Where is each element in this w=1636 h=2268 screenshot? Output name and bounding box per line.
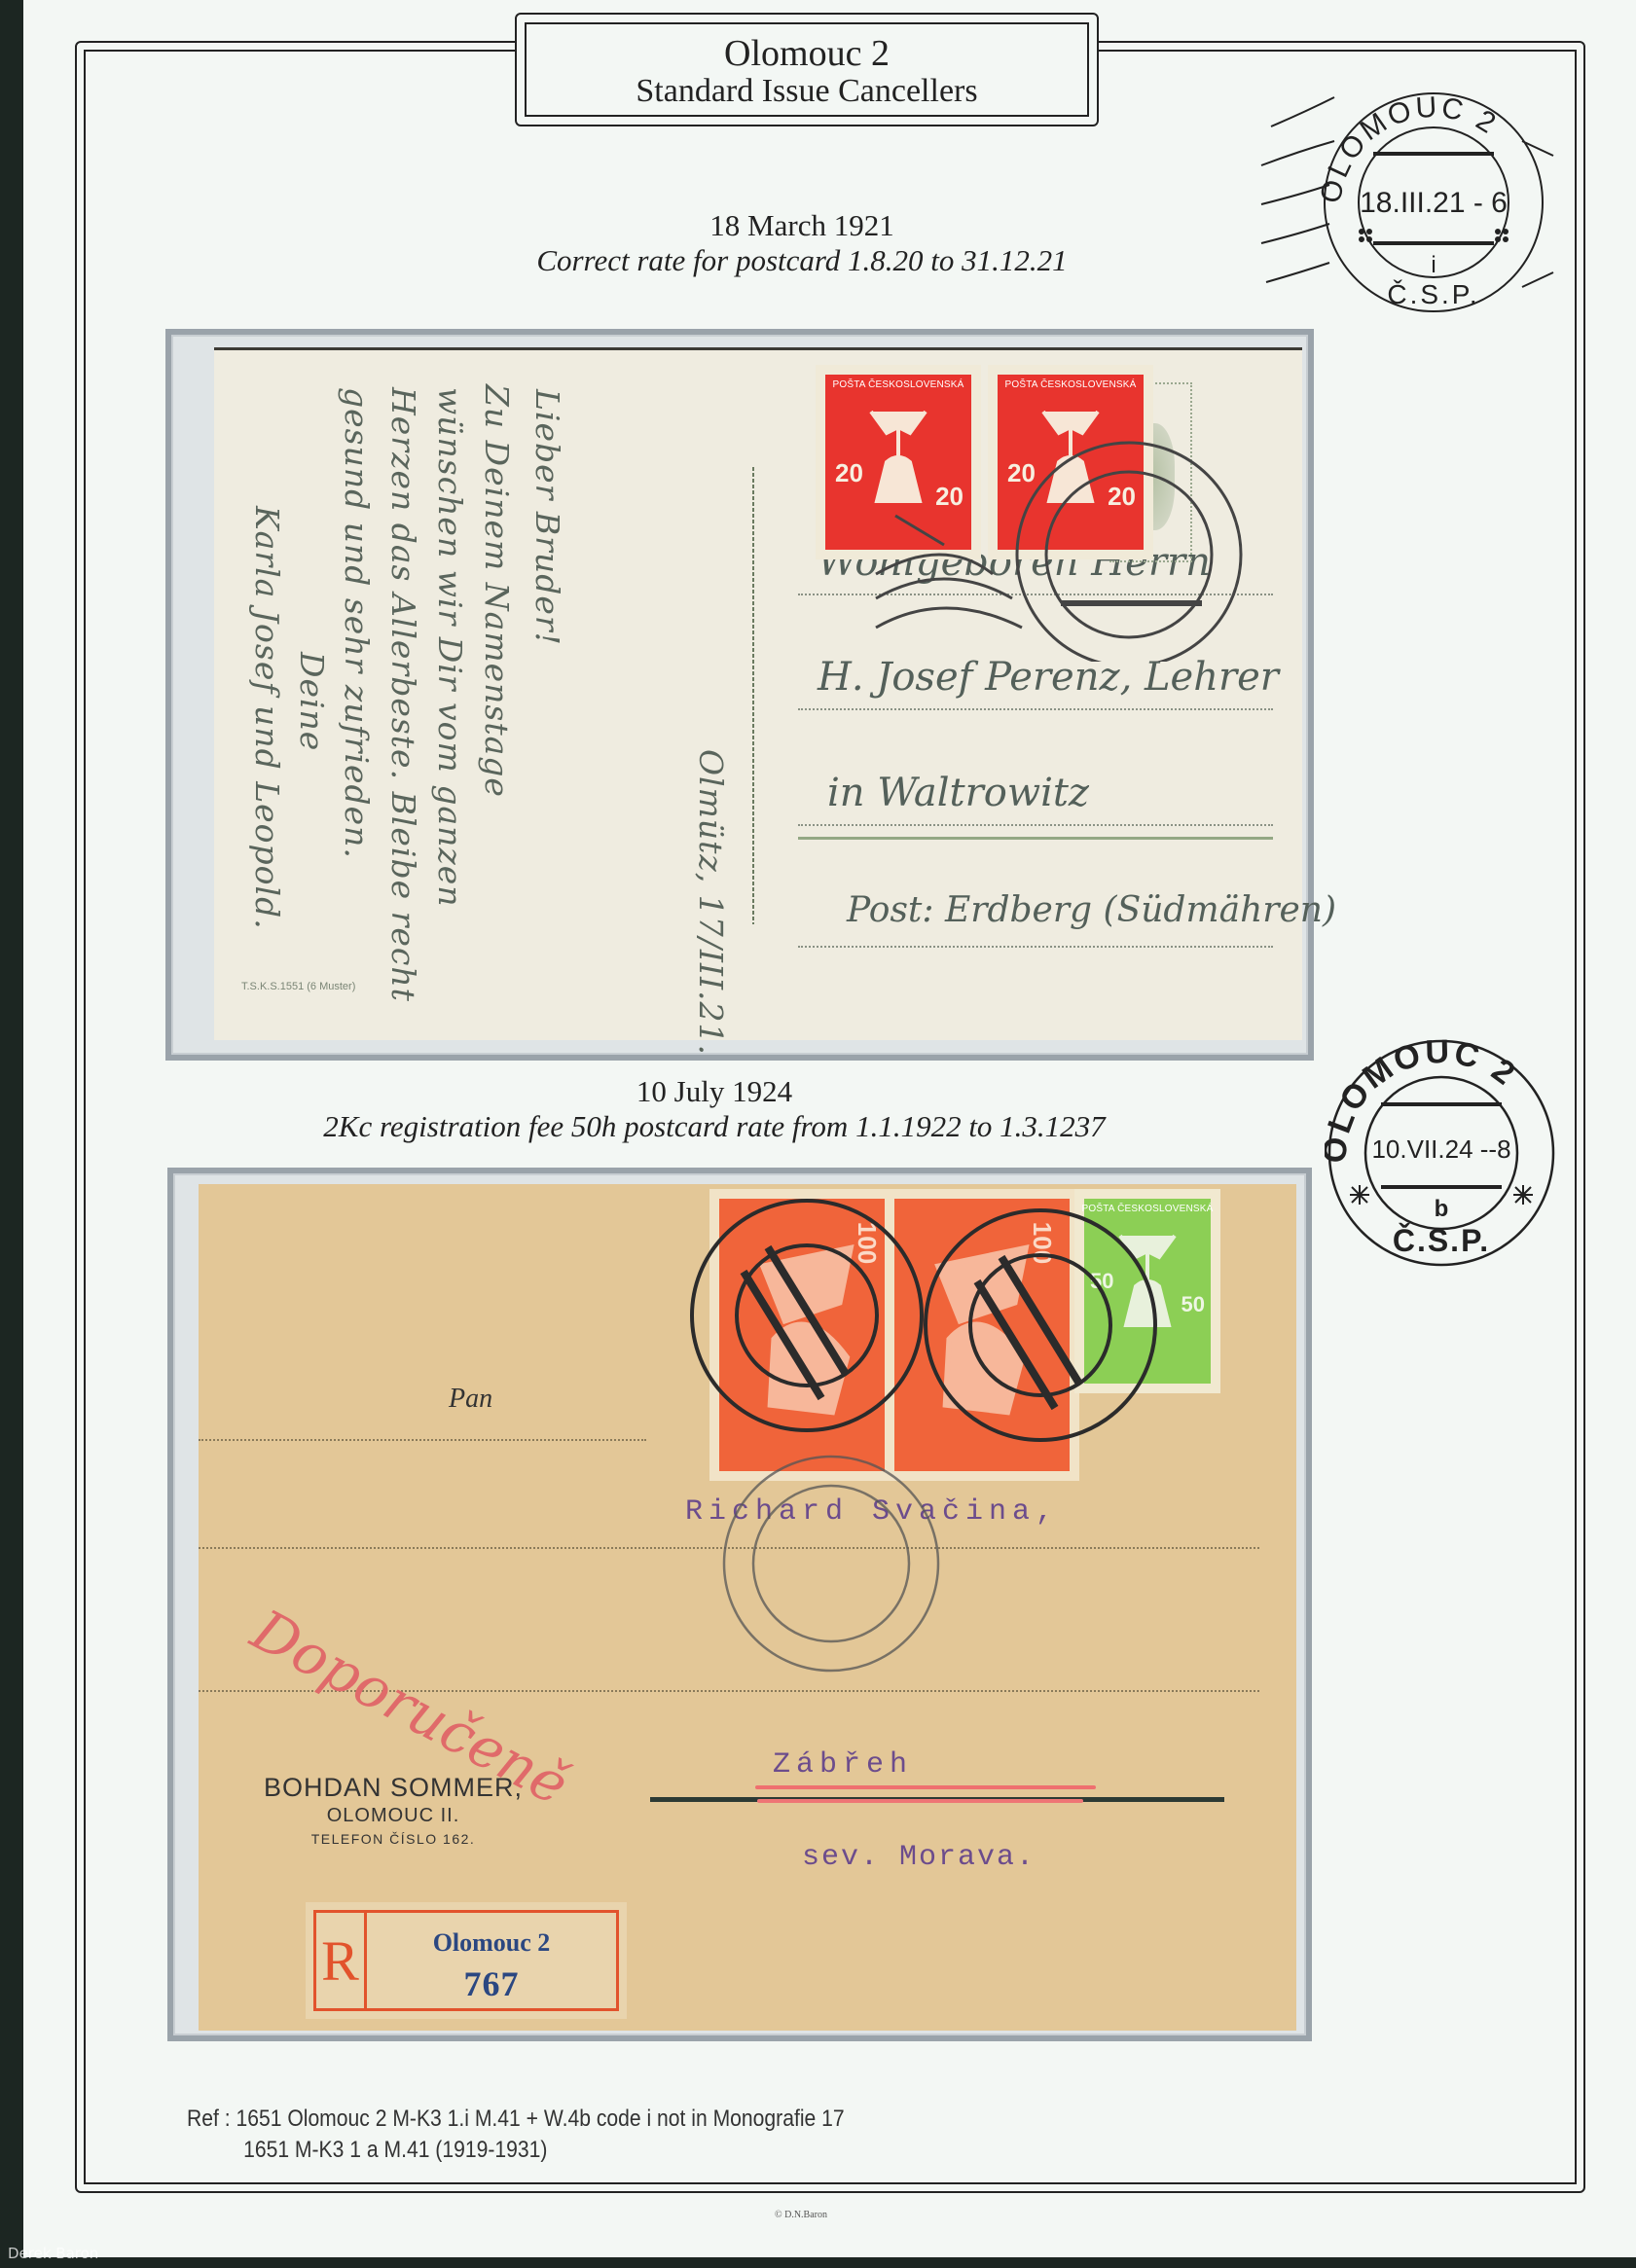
address-line-3: in Waltrowitz xyxy=(827,771,1089,815)
card-divider xyxy=(752,467,754,924)
postmark-1-bottom-text: Č.S.P. xyxy=(1387,279,1479,309)
addressee-town: Zábřeh xyxy=(773,1748,913,1782)
card-1-cancellation xyxy=(837,409,1246,662)
place-date: Olmütz, 17/III.21. xyxy=(692,749,730,1056)
red-underline-1 xyxy=(755,1785,1096,1789)
printer-mark: T.S.K.S.1551 (6 Muster) xyxy=(241,981,355,992)
registered-postcard-1924: Pan Richard Svačina, Zábřeh sev. Morava.… xyxy=(199,1184,1296,2031)
sender-name: BOHDAN SOMMER, xyxy=(228,1773,559,1803)
page-title: Olomouc 2 xyxy=(527,34,1087,73)
message-line-7: Karla Josef und Leopold. xyxy=(248,506,286,930)
registration-label: R Olomouc 2 767 xyxy=(306,1902,627,2019)
message-line-3: wünschen wir Dir vom ganzen xyxy=(431,387,469,908)
caption-1921: 18 March 1921 Correct rate for postcard … xyxy=(267,208,1337,278)
message-line-2: Zu Deinem Namenstage xyxy=(478,384,516,798)
card-2-cancellations xyxy=(675,1184,1298,1729)
sender-phone: TELEFON ČÍSLO 162. xyxy=(228,1831,559,1847)
postmark-2-code: b xyxy=(1435,1196,1449,1222)
album-page: Olomouc 2 Standard Issue Cancellers OLOM… xyxy=(23,0,1636,2257)
registration-office: Olomouc 2 xyxy=(367,1928,616,1958)
caption-1924-date: 10 July 1924 xyxy=(179,1074,1250,1109)
reference-notes: Ref : 1651 Olomouc 2 M-K3 1.i M.41 + W.4… xyxy=(187,2104,845,2166)
message-line-5: gesund und sehr zufrieden. xyxy=(338,387,376,859)
postcard-1921: Lieber Bruder! Zu Deinem Namenstage wüns… xyxy=(214,347,1302,1040)
caption-1924-note: 2Kc registration fee 50h postcard rate f… xyxy=(179,1109,1250,1144)
postmark-1924-illustration: OLOMOUC 2 10.VII.24 --8 b Č.S.P. xyxy=(1325,1031,1558,1275)
title-box: Olomouc 2 Standard Issue Cancellers xyxy=(515,13,1099,126)
reference-line-2: 1651 M-K3 1 a M.41 (1919-1931) xyxy=(187,2135,845,2166)
pan-label: Pan xyxy=(449,1384,492,1415)
addressee-region: sev. Morava. xyxy=(802,1841,1036,1874)
copyright-notice: © D.N.Baron xyxy=(775,2210,827,2220)
postmark-1-date: 18.III.21 - 6 xyxy=(1360,187,1508,219)
message-line-6: Deine xyxy=(293,652,331,751)
red-underline-2 xyxy=(757,1799,1083,1803)
postmark-2-date: 10.VII.24 --8 xyxy=(1371,1134,1510,1164)
caption-1924: 10 July 1924 2Kc registration fee 50h po… xyxy=(179,1074,1250,1144)
caption-1921-note: Correct rate for postcard 1.8.20 to 31.1… xyxy=(267,243,1337,278)
message-line-1: Lieber Bruder! xyxy=(528,389,566,646)
sender-city: OLOMOUC II. xyxy=(228,1805,559,1827)
page-subtitle: Standard Issue Cancellers xyxy=(527,73,1087,110)
watermark: Derek Baron xyxy=(8,2245,98,2262)
caption-1921-date: 18 March 1921 xyxy=(267,208,1337,243)
postmark-1921-illustration: OLOMOUC 2 18.III.21 - 6 i Č.S.P. xyxy=(1252,58,1582,331)
sender-block: BOHDAN SOMMER, OLOMOUC II. TELEFON ČÍSLO… xyxy=(228,1773,559,1847)
registration-number: 767 xyxy=(367,1963,616,2004)
reference-line-1: Ref : 1651 Olomouc 2 M-K3 1.i M.41 + W.4… xyxy=(187,2104,845,2135)
postmark-2-bottom-text: Č.S.P. xyxy=(1393,1223,1490,1258)
postmark-1-code: i xyxy=(1431,252,1436,278)
registration-letter: R xyxy=(316,1913,367,2008)
address-line-4: Post: Erdberg (Südmähren) xyxy=(847,890,1336,930)
message-line-4: Herzen das Allerbeste. Bleibe recht xyxy=(384,387,422,1002)
